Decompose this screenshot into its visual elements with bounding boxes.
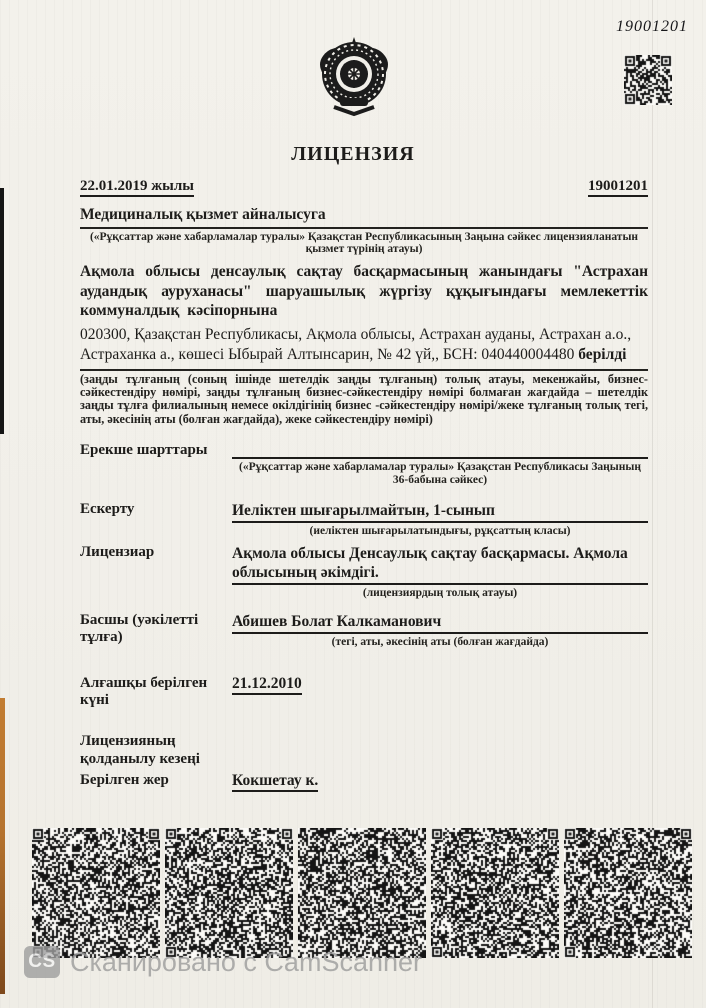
camscanner-watermark: CS Сканировано с CamScanner: [24, 946, 422, 978]
note-row: Ескерту Иеліктен шығарылмайтын, 1-сынып …: [80, 501, 648, 538]
head-person-label: Басшы (уәкілетті тұлға): [80, 612, 232, 647]
first-issued-row: Алғашқы берілген күні 21.12.2010: [80, 675, 648, 710]
licensee-name: Ақмола облысы денсаулық сақтау басқармас…: [80, 262, 648, 320]
barcode-block: [298, 828, 426, 958]
scan-edge-black: [0, 188, 4, 434]
licensor-label: Лицензиар: [80, 544, 232, 561]
note-caption: (иеліктен шығарылатындығы, рұқсаттың кла…: [232, 525, 648, 538]
validity-label: Лицензияның қолданылу кезеңі: [80, 733, 232, 768]
issued-word: берілді: [578, 346, 626, 363]
barcode-block: [431, 828, 559, 958]
scanned-license-document: 19001201 ЛИЦЕНЗИЯ 22.01.2019 жылы 190012…: [0, 0, 706, 1008]
license-number: 19001201: [588, 178, 648, 197]
place-value: Кокшетау к.: [232, 772, 318, 792]
divider-line: [80, 227, 648, 229]
note-label: Ескерту: [80, 501, 232, 518]
activity-heading: Медициналық қызмет айналысуга: [80, 206, 648, 224]
special-conditions-label: Ерекше шарттары: [80, 442, 232, 459]
barcode-block: [165, 828, 293, 958]
special-conditions-caption: («Рұқсаттар және хабарламалар туралы» Қа…: [232, 461, 648, 486]
first-issued-value: 21.12.2010: [232, 675, 302, 695]
special-conditions-row: Ерекше шарттары («Рұқсаттар және хабарла…: [80, 442, 648, 486]
licensor-caption: (лицензиярдың толық атауы): [232, 587, 648, 600]
document-serial-number: 19001201: [616, 18, 688, 36]
licensor-row: Лицензиар Ақмола облысы Денсаулық сақтау…: [80, 544, 648, 600]
document-body: 22.01.2019 жылы 19001201 Медициналық қыз…: [80, 178, 648, 792]
divider-line: [80, 369, 648, 371]
head-person-caption: (тегі, аты, әкесінің аты (болған жағдайд…: [232, 636, 648, 649]
validity-row: Лицензияның қолданылу кезеңі: [80, 733, 648, 768]
activity-caption: («Рұқсаттар және хабарламалар туралы» Қа…: [80, 231, 648, 255]
licensee-address-line: 020300, Қазақстан Республикасы, Ақмола о…: [80, 325, 648, 365]
note-value: Иеліктен шығарылмайтын, 1-сынып: [232, 501, 648, 523]
date-number-row: 22.01.2019 жылы 19001201: [80, 178, 648, 197]
place-label: Берілген жер: [80, 772, 232, 789]
kazakhstan-coat-of-arms: [315, 36, 393, 118]
licensee-legal-caption: (заңды тұлғаның (соның ішінде шетелдік з…: [80, 373, 648, 427]
head-person-value: Абишев Болат Калкаманович: [232, 612, 648, 634]
scan-edge-orange: [0, 698, 5, 994]
camscanner-watermark-text: Сканировано с CamScanner: [70, 947, 422, 978]
barcode-block: [32, 828, 160, 958]
licensee-address: 020300, Қазақстан Республикасы, Ақмола о…: [80, 326, 631, 363]
barcode-block: [564, 828, 692, 958]
barcode-strip: [32, 828, 692, 958]
head-person-row: Басшы (уәкілетті тұлға) Абишев Болат Кал…: [80, 612, 648, 649]
camscanner-icon: CS: [24, 946, 60, 978]
qr-code: [624, 55, 672, 105]
special-conditions-blank-line: [232, 442, 648, 459]
document-title: ЛИЦЕНЗИЯ: [0, 143, 706, 166]
place-row: Берілген жер Кокшетау к.: [80, 772, 648, 792]
licensor-value: Ақмола облысы Денсаулық сақтау басқармас…: [232, 544, 648, 586]
issue-date: 22.01.2019 жылы: [80, 178, 194, 197]
first-issued-label: Алғашқы берілген күні: [80, 675, 232, 710]
